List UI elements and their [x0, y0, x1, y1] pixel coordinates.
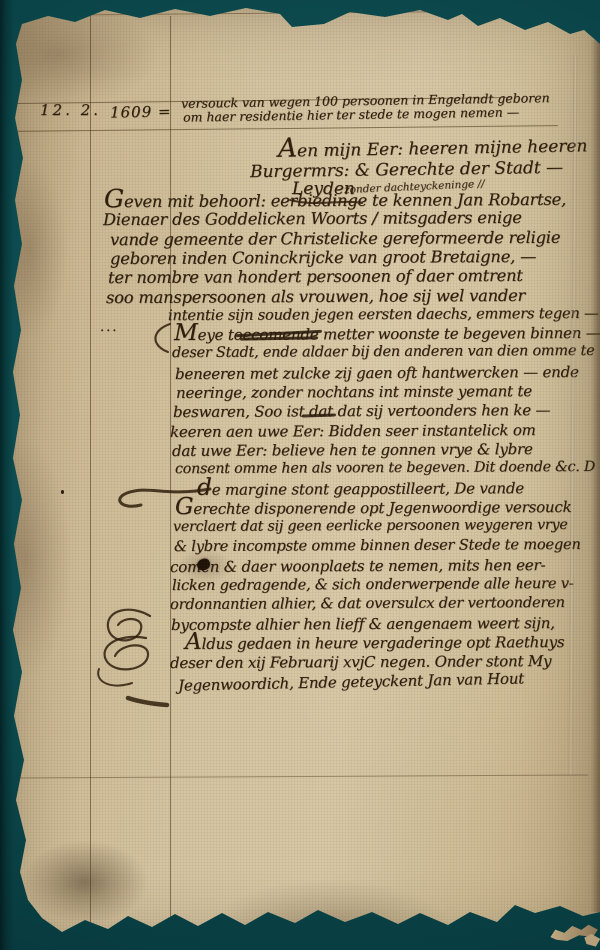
manuscript-line: soo manspersoonen als vrouwen, hoe sij w…	[106, 285, 525, 306]
manuscript-line: consent omme hen als vooren te begeven. …	[175, 459, 600, 477]
manuscript-line: keeren aen uwe Eer: Bidden seer instante…	[170, 421, 536, 441]
ruled-line-row-bottom	[10, 125, 558, 132]
manuscript-line: de margine stont geappostilleert, De van…	[197, 479, 524, 499]
manuscript-line: Dienaer des Goddelicken Woorts / mitsgad…	[103, 208, 522, 229]
ruled-line-vertical-1	[90, 13, 91, 930]
manuscript-line: beswaren, Soo ist dat dat sij vertoonder…	[173, 401, 550, 421]
manuscript-line: intentie sijn souden jegen eersten daech…	[168, 305, 599, 324]
manuscript-page: 12. 2. 1609 = versouck van wegen 100 per…	[0, 0, 600, 950]
manuscript-line: Gerechte disponerende opt Jegenwoordige …	[175, 498, 572, 518]
paraph-tail-stroke	[128, 698, 167, 705]
scan-background: 12. 2. 1609 = versouck van wegen 100 per…	[0, 0, 600, 950]
manuscript-line: bycompste alhier hen lieff & aengenaem w…	[171, 614, 555, 634]
margin-dots: ...	[100, 320, 118, 335]
register-year-cell: 1609 =	[110, 102, 172, 121]
manuscript-line: vande gemeente der Christelicke gereform…	[110, 227, 560, 248]
manuscript-line: comen & daer woonplaets te nemen, mits h…	[170, 556, 545, 576]
register-day-cell: 12. 2.	[40, 101, 101, 119]
manuscript-line: licken gedragende, & sich onderwerpende …	[172, 575, 574, 594]
ink-speck	[61, 490, 64, 494]
manuscript-line: Jegenwoordich, Ende geteyckent Jan van H…	[178, 669, 524, 694]
manuscript-line: deser Stadt, ende aldaer bij den anderen…	[172, 343, 594, 361]
margin-bracket-flourish	[155, 324, 170, 352]
ruled-line-bottom	[14, 774, 588, 778]
page-edge-shadow	[591, 40, 600, 912]
manuscript-line: geboren inden Coninckrijcke van groot Br…	[110, 247, 536, 268]
paper-crease	[568, 55, 577, 775]
ruled-line-top	[14, 11, 470, 16]
manuscript-line: ter nombre van hondert persoonen of daer…	[108, 266, 523, 287]
manuscript-line: neeringe, zonder nochtans int minste yem…	[176, 382, 532, 402]
manuscript-line: Aldus gedaen in heure vergaderinge opt R…	[185, 633, 564, 653]
manuscript-line: dat uwe Eer: believe hen te gonnen vrye …	[172, 440, 533, 460]
manuscript-line: verclaert dat sij geen eerlicke persoone…	[173, 517, 568, 535]
ruled-line-vertical-2	[170, 16, 171, 928]
manuscript-line: & lybre incompste omme binnen deser Sted…	[174, 536, 581, 555]
manuscript-line: beneeren met zulcke zij gaen oft hantwer…	[175, 363, 579, 383]
manuscript-line: ordonnantien alhier, & dat oversulcx der…	[170, 594, 565, 613]
